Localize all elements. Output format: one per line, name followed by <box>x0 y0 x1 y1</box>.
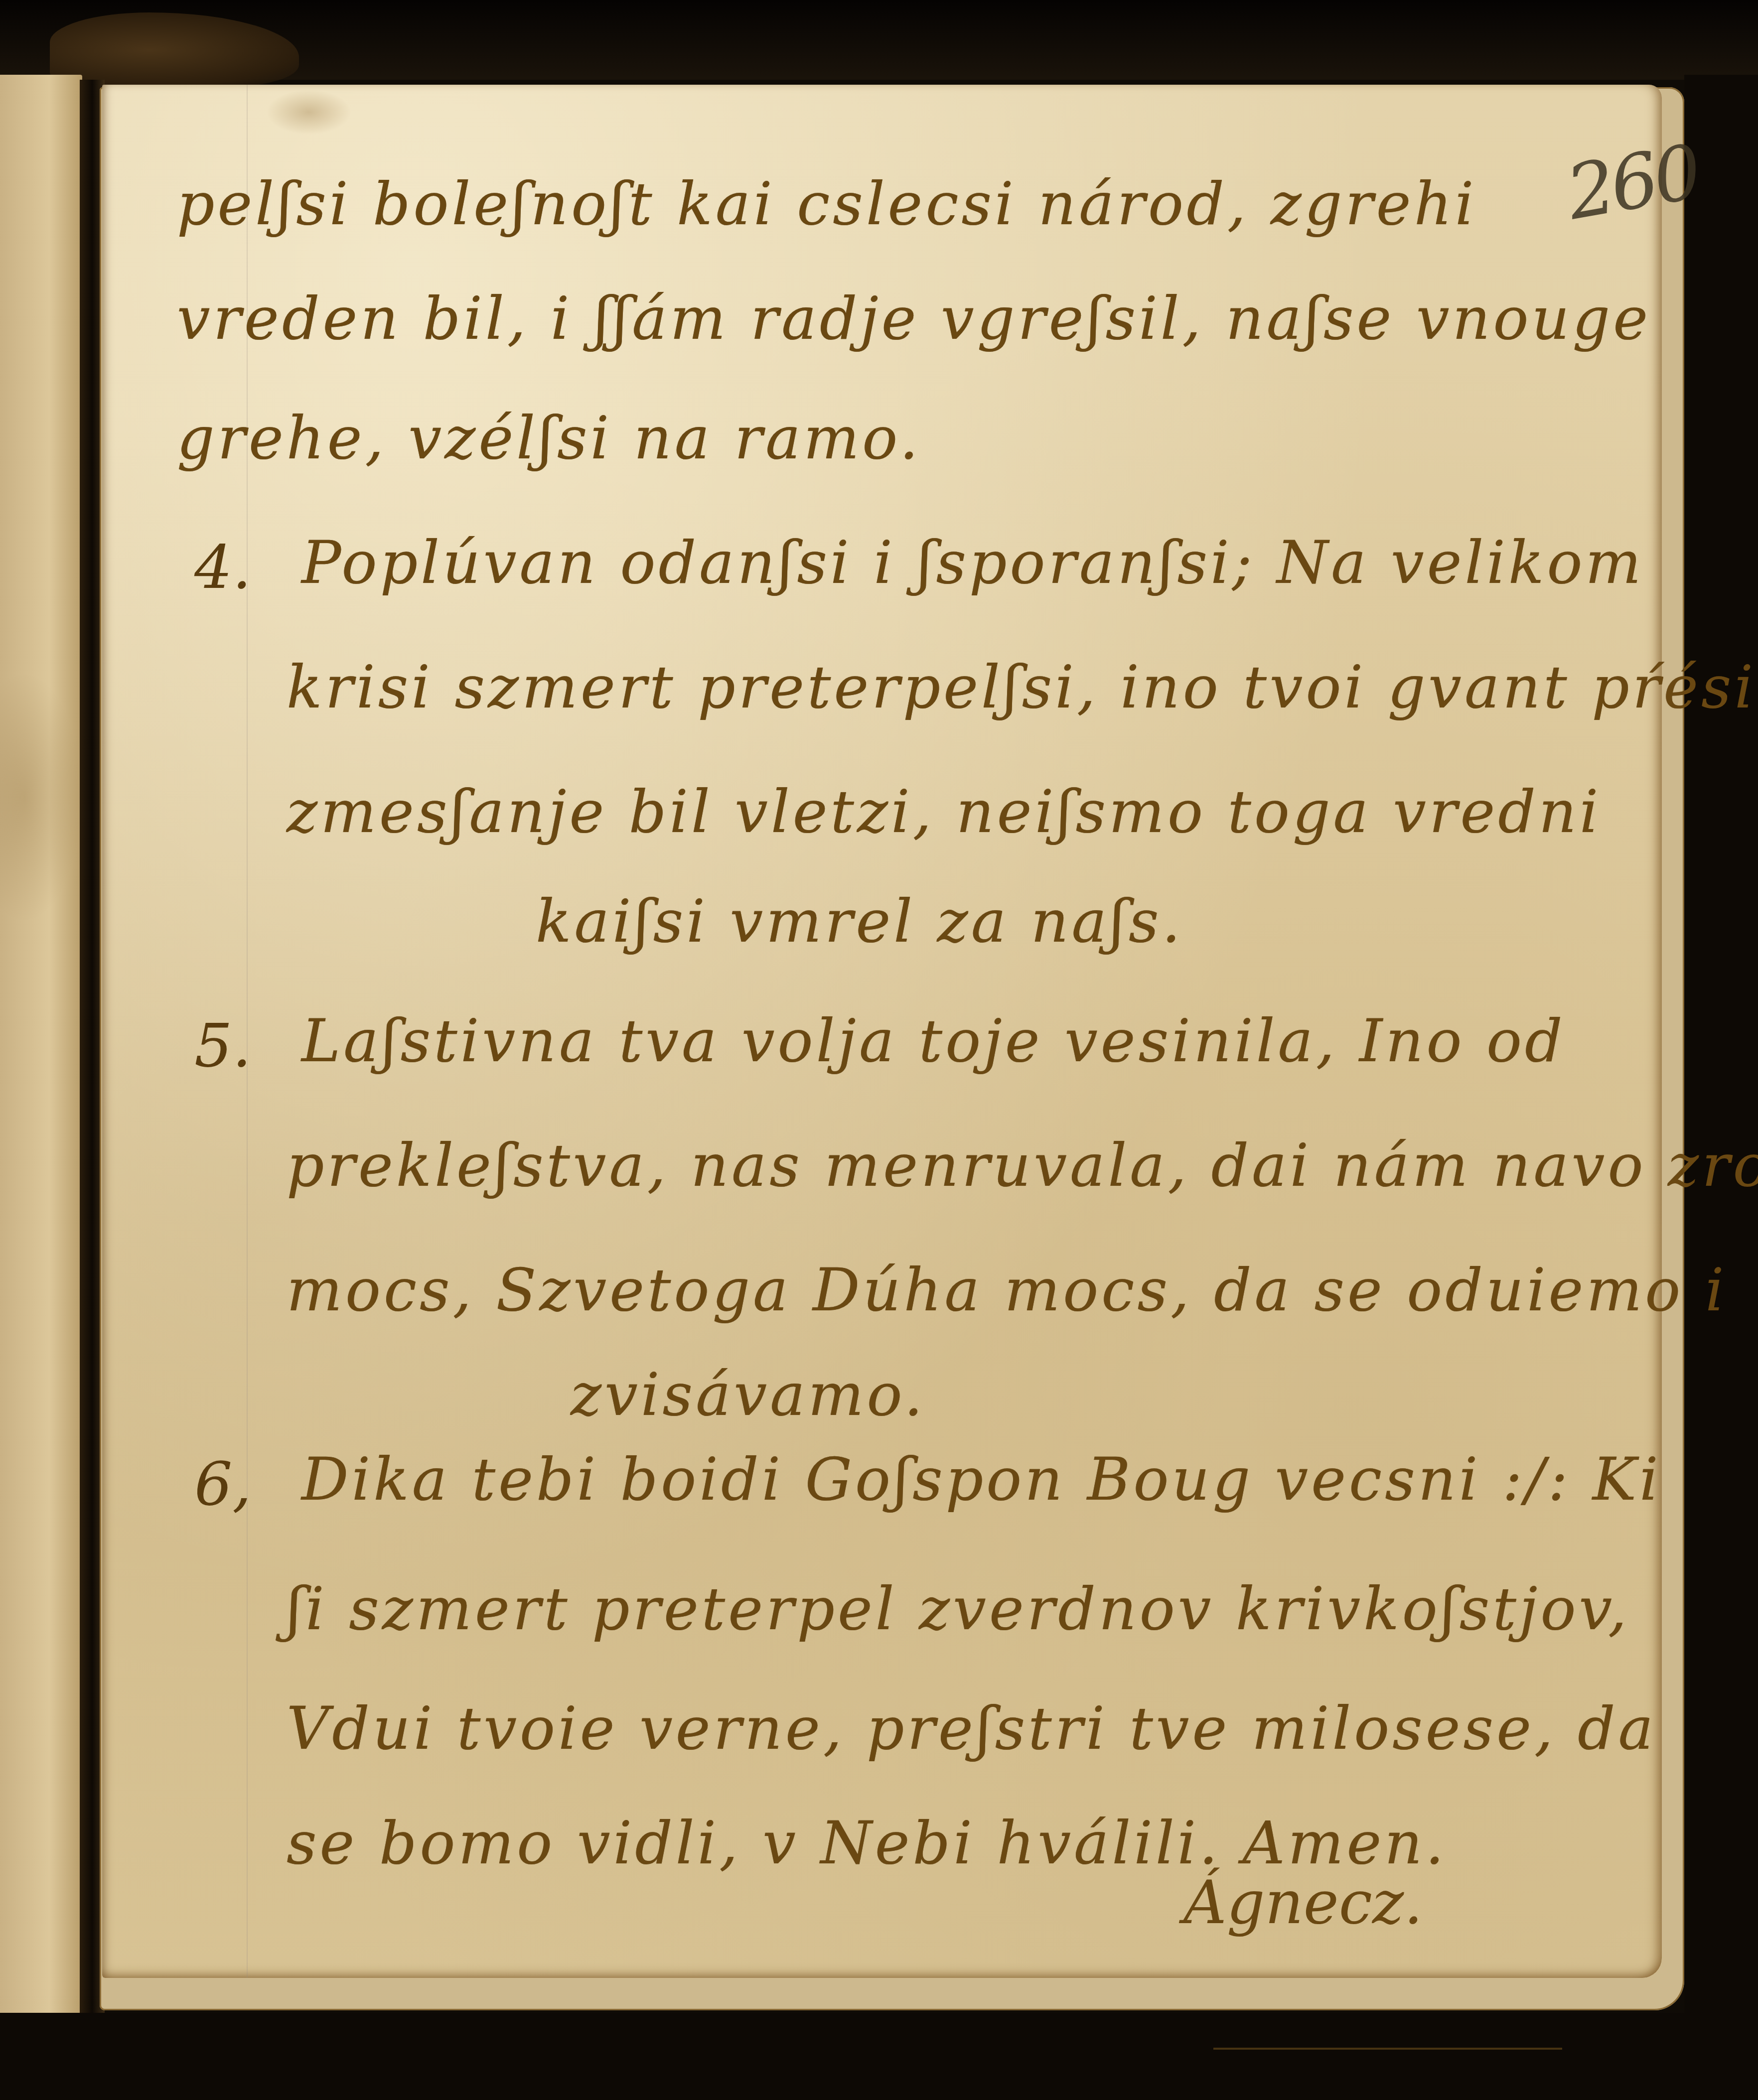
text-line: grehe, vzélʃsi na ramo. <box>177 404 921 472</box>
text-line: kaiʃsi vmrel za naʃs. <box>536 887 1183 956</box>
text-line: Vdui tvoie verne, preʃstri tve milosese,… <box>287 1694 1656 1763</box>
text-line: krisi szmert preterpelʃsi, ino tvoi gvan… <box>287 653 1756 721</box>
text-line: vreden bil, i ʃʃám radje vgreʃsil, naʃse… <box>177 284 1651 353</box>
stanza-number: 4. <box>194 533 252 602</box>
text-line: ʃi szmert preterpel zverdnov krivkoʃstjo… <box>287 1574 1630 1643</box>
stanza-number: 6, <box>194 1450 252 1519</box>
bottom-rule-stroke <box>1213 2048 1562 2050</box>
stanza-number: 5. <box>194 1011 252 1081</box>
text-line: Laʃstivna tva volja toje vesinila, Ino o… <box>301 1006 1566 1075</box>
text-line: pelʃsi boleʃnoʃt kai cslecsi národ, zgre… <box>177 169 1476 238</box>
text-line: zmesʃanje bil vletzi, neiʃsmo toga vredn… <box>287 777 1602 846</box>
text-line: zvisávamo. <box>571 1360 926 1429</box>
water-stain <box>0 673 82 922</box>
manuscript-page: 260 pelʃsi boleʃnoʃt kai cslecsi národ, … <box>102 85 1662 1978</box>
text-line: Poplúvan odanʃsi i ʃsporanʃsi; Na veliko… <box>301 528 1644 597</box>
background-right <box>1684 75 1758 2100</box>
text-line: Dika tebi boidi Goʃspon Boug vecsni :/: … <box>301 1445 1661 1514</box>
water-stain <box>267 90 351 135</box>
text-line: se bomo vidli, v Nebi hválili. Amen. <box>287 1809 1447 1877</box>
signature: Ágnecz. <box>1183 1868 1423 1938</box>
text-line: prekleʃstva, nas menruvala, dai nám navo… <box>287 1131 1758 1200</box>
facing-left-page <box>0 75 82 2018</box>
background-bottom <box>0 2013 1758 2100</box>
text-line: mocs, Szvetoga Dúha mocs, da se oduiemo … <box>287 1256 1727 1324</box>
